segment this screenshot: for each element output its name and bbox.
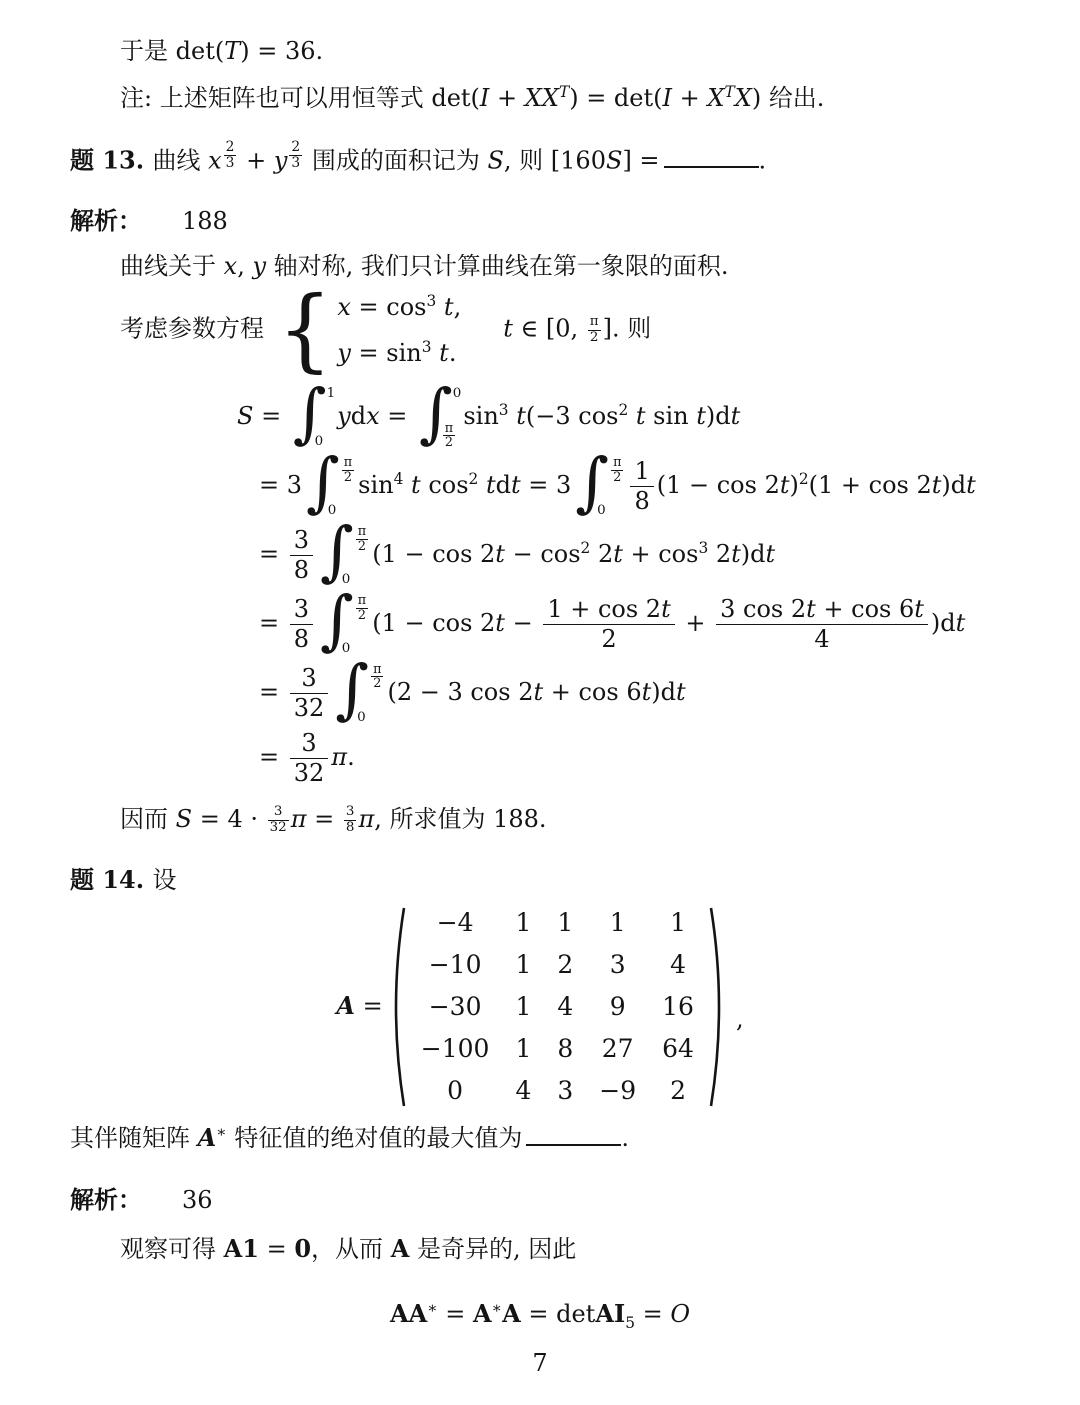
math-var: S [487,146,503,174]
small-fraction: π2 [371,663,383,692]
matrix-cell: 1 [515,950,531,979]
matrix-cell: 64 [662,1034,694,1063]
integral: ∫π20 [306,454,356,519]
math-text: ) [790,471,799,499]
matrix-cell: 1 [557,908,573,937]
q13-equation-4: = 38∫π20(1 − cos 2t − 1 + cos 2t2 + 3 co… [237,592,1080,657]
matrix-cell: 2 [670,1076,686,1105]
math-text: ∗ [216,1123,226,1141]
math-text: d [496,471,511,499]
numerator: π [356,594,368,609]
math-text: 2 [590,330,599,345]
math-text: . [621,1124,629,1152]
numerator: π [342,456,354,471]
cjk-kai-text: 设 [152,866,176,894]
denominator: 2 [543,625,674,654]
math-text: 3 [294,526,309,554]
q13-title: 题 13. 曲线 x23 + y23 围成的面积记为 S, 则 [160S] =… [70,140,1080,178]
math-bold: AI [595,1299,625,1328]
superscript: 3 [499,401,509,419]
math-text: 2 [358,539,366,554]
math-text: π [358,524,366,539]
math-text: 8 [294,625,309,653]
small-fraction: 38 [344,805,357,835]
math-var: t [932,471,942,499]
superscript: ∗ [492,1299,502,1317]
math-bold: A [391,1234,410,1263]
denominator: 2 [611,471,623,485]
cjk-text: 轴对称, 我们只计算曲线在第一象限的面积. [266,252,729,280]
q13-equation-2: = 3∫π20sin4 t cos2 tdt = 3∫π2018(1 − cos… [237,454,1080,519]
math-text: π [590,314,599,329]
math-var: x [366,402,380,430]
math-text: 32 [270,820,287,835]
math-text: , [454,293,462,321]
superscript: 4 [394,470,404,488]
math-var: t [661,595,671,623]
math-var: t [495,609,505,637]
numerator: π [371,663,383,678]
math-text: = [355,992,383,1020]
math-var: π [331,743,347,771]
math-text: 2 [799,470,809,488]
cjk-kai-text: 特征值的绝对值的最大值为 [227,1124,523,1152]
math-text: (1 + cos 2 [809,471,932,499]
document-page: 于是 det(T) = 36. 注: 上述矩阵也可以用恒等式 det(I + X… [0,0,1080,1405]
matrix-cell: 1 [515,908,531,937]
matrix-paren-right-icon [706,904,732,1110]
prev-solution-line-1: 于是 det(T) = 36. [120,34,1080,69]
math-var: y [274,146,288,174]
q13-body-line: 曲线关于 x, y 轴对称, 我们只计算曲线在第一象限的面积. [120,249,1080,284]
matrix-cell: 4 [670,950,686,979]
math-text: 1 [327,386,336,401]
math-var: t [806,595,816,623]
math-text: + cos [623,540,699,568]
math-text: 1 [634,457,649,485]
answer-blank [664,142,759,168]
matrix-cell: −4 [437,908,474,937]
numerator: 3 [290,729,329,759]
cjk-kai-text: 曲线 [152,146,208,174]
q13-analysis: 解析：188 [70,204,1080,239]
math-text: ) = 36. [240,37,323,65]
small-fraction: π2 [611,456,623,485]
numerator: 3 [290,526,313,556]
matrix-cell: 8 [557,1034,573,1063]
math-text: 1 + cos 2 [547,595,661,623]
math-text: 2 [601,625,616,653]
prev-solution-line-2: 注: 上述矩阵也可以用恒等式 det(I + XXT) = det(I + XT… [120,81,1080,116]
math-var: t [495,540,505,568]
math-text: = 3 [521,471,572,499]
q13-analysis-label: 解析： [70,206,142,235]
math-var: x [224,252,238,280]
math-text: d [351,402,366,430]
denominator: 8 [344,821,357,836]
math-text: 3 [294,595,309,623]
small-fraction: 332 [268,805,289,835]
numerator: π [611,456,623,471]
integral: ∫10 [293,385,335,450]
math-text: 2 [373,676,381,691]
math-bold: AA [390,1299,427,1328]
integral-sign: ∫ [306,451,340,516]
q13-analysis-answer: 188 [182,207,228,235]
math-text: 2 [291,139,300,155]
matrix-cell: 1 [515,992,531,1021]
math-text: (1 − cos 2 [372,540,495,568]
math-var: t [439,339,449,367]
matrix-grid: −41111−101234−3014916−100182764043−92 [409,908,706,1105]
q14-body-line: 观察可得 A1 = 0，从而 A 是奇异的, 因此 [120,1232,1080,1267]
math-var: t [511,471,521,499]
q13-equation-6: = 332π. [237,729,1080,788]
math-text: 2 [581,539,591,557]
math-text: = [259,609,287,637]
math-text: 3 [301,729,316,757]
math-text: 2 [344,470,352,485]
math-text: (1 − cos 2 [372,609,495,637]
math-var: y [337,402,351,430]
fraction: 38 [290,526,313,585]
q13-parametric-line: 考虑参数方程 {x = cos3 t,y = sin3 t.t ∈ [0, π2… [120,287,1080,373]
q13-equation-1: S = ∫10ydx = ∫0π2sin3 t(−3 cos2 t sin t)… [237,385,1080,450]
math-text: , [374,805,389,833]
math-text: + cos 6 [816,595,914,623]
math-text: = [438,1300,473,1328]
numerator: π [588,315,601,331]
math-var: t [766,540,776,568]
upper-limit: 1 [327,387,336,402]
matrix-cell: 1 [610,908,626,937]
math-text: π [344,455,352,470]
math-var: T [224,37,240,65]
q13-derivation: S = ∫10ydx = ∫0π2sin3 t(−3 cos2 t sin t)… [237,385,1080,788]
math-text: 2 [590,540,613,568]
math-var: t [966,471,976,499]
math-var: t [444,293,454,321]
math-text: = [259,540,287,568]
denominator: 8 [290,625,313,654]
answer-blank [526,1120,621,1146]
cjk-text: 于是 [120,37,176,65]
math-var: t [533,678,543,706]
matrix-lhs: A = [336,989,382,1024]
math-text [478,471,486,499]
matrix-cell: −10 [429,950,482,979]
fraction: 3 cos 2t + cos 6t4 [716,595,928,654]
upper-limit: π2 [369,663,385,692]
math-text: )d [651,678,676,706]
superscript: 2 [799,470,809,488]
superscript: 23 [222,145,239,163]
math-var: y [337,339,351,367]
integral: ∫π20 [335,661,385,726]
math-var: x [208,146,222,174]
matrix-paren-left-icon [383,904,409,1110]
numerator: 1 + cos 2t [543,595,674,625]
math-text: = [380,402,415,430]
fraction: 332 [290,664,329,723]
math-text: , [237,252,252,280]
math-bold: A1 [224,1234,259,1263]
cjk-kai-text: 其伴随矩阵 [70,1124,198,1152]
math-text: = cos [351,293,427,321]
math-text: 32 [294,759,325,787]
denominator: 8 [630,487,653,516]
math-var: t [642,678,652,706]
math-text: 3 [291,155,300,171]
superscript: 3 [422,338,432,356]
q14-analysis-label: 解析： [70,1185,142,1214]
math-text: 2 [226,139,235,155]
cjk-kai-text: 围成的面积记为 [304,146,487,174]
math-text: 2 [618,401,628,419]
math-text: π [358,593,366,608]
math-text: 5 [625,1314,635,1332]
integral-sign: ∫ [320,589,354,654]
small-fraction: 23 [224,140,237,171]
math-var: I [480,84,489,112]
math-text: 2 [613,470,621,485]
superscript: T [559,83,569,101]
small-fraction: π2 [588,315,601,345]
math-text: , [504,146,519,174]
math-text: ∗ [492,1299,502,1317]
numerator: 2 [224,140,237,156]
math-var: I [663,84,672,112]
subscript: 5 [625,1314,635,1332]
superscript: 3 [426,292,436,310]
math-bold: 0 [294,1234,311,1263]
math-text: det( [176,37,225,65]
math-text: ]. [603,315,628,343]
math-text [436,293,444,321]
math-text: + cos 6 [543,678,641,706]
integral: ∫0π2 [419,385,461,450]
denominator: 2 [356,540,368,554]
upper-limit: π2 [354,594,370,623]
math-text: = [259,743,287,771]
math-text: (1 − cos 2 [657,471,780,499]
math-text: π [613,455,621,470]
cjk-bold-text: 题 14. [70,865,152,894]
matrix-cell: 1 [670,908,686,937]
math-text: = [259,678,287,706]
cases-row: y = sin3 t. [337,339,461,368]
matrix-cell: 4 [557,992,573,1021]
math-text: 8 [346,820,355,835]
math-text: ) = det( [569,84,662,112]
denominator: 32 [290,759,329,788]
superscript: 2 [581,539,591,557]
q14-matrix: A = −41111−101234−3014916−100182764043−9… [0,904,1080,1110]
math-var: π [358,805,374,833]
matrix-cell: 3 [557,1076,573,1105]
math-var: t [516,402,526,430]
q13-equation-5: = 332∫π20(2 − 3 cos 2t + cos 6t)dt [237,661,1080,726]
math-text: )d [941,471,966,499]
math-var: t [503,315,513,343]
math-text: π [373,662,381,677]
cases-row: x = cos3 t, [337,293,461,322]
math-bold: A [473,1299,492,1328]
cjk-text: 所求值为 188. [390,805,547,833]
matrix-cell: 9 [610,992,626,1021]
numerator: 1 [630,457,653,487]
cjk-text: ，从而 [311,1235,391,1263]
math-text: 8 [634,487,649,515]
numerator: 3 [290,595,313,625]
math-var: S [606,146,622,174]
superscript: ∗ [427,1299,437,1317]
math-text: det( [431,84,480,112]
superscript: 23 [287,145,304,163]
math-text: = det [521,1300,596,1328]
integral-sign: ∫ [320,520,354,585]
math-var: t [613,540,623,568]
math-text: 3 [426,292,436,310]
small-fraction: π2 [342,456,354,485]
math-var: T [559,83,569,101]
cases-rows: x = cos3 t,y = sin3 t. [337,293,461,369]
math-text: 3 [698,539,708,557]
upper-limit: 0 [453,387,462,402]
math-text: ) [752,84,769,112]
page-number: 7 [0,1349,1080,1377]
math-text: 4 [394,470,404,488]
math-var: XX [525,84,559,112]
math-text: [160 [543,146,606,174]
matrix-cell: 27 [602,1034,634,1063]
left-brace-icon: { [278,285,333,375]
math-bold-var: A [336,991,355,1020]
math-text: 2 [708,540,731,568]
denominator: 2 [356,609,368,623]
cjk-bold-text: 题 13. [70,145,152,174]
q14-final-equation: AA∗ = A∗A = detAI5 = O [0,1297,1080,1332]
denominator: 4 [716,625,928,654]
math-var: t [956,609,966,637]
q14-title: 题 14. 设 [70,863,1080,898]
math-var: t [486,471,496,499]
math-text: = sin [351,339,422,367]
small-fraction: 23 [289,140,302,171]
math-var: π [291,805,307,833]
cjk-text: 因而 [120,805,176,833]
numerator: 3 [344,805,357,821]
q14-analysis-answer: 36 [182,1186,213,1214]
math-text: + [672,84,707,112]
denominator: 2 [371,677,383,691]
math-text [628,402,636,430]
q13-equation-3: = 38∫π20(1 − cos 2t − cos2 2t + cos3 2t)… [237,523,1080,588]
math-text: sin [463,402,498,430]
cjk-text: 考虑参数方程 [120,315,272,343]
fraction: 38 [290,595,313,654]
math-text: )d [931,609,956,637]
math-var: t [411,471,421,499]
math-var: x [337,293,351,321]
math-text: + [238,146,273,174]
cjk-text: 则 [627,315,651,343]
math-bold: A [502,1299,521,1328]
math-text: 3 [499,401,509,419]
math-text [403,471,411,499]
integral: ∫π20 [320,592,370,657]
integral-sign: ∫ [293,382,327,447]
math-text: 3 [274,804,283,819]
integral-sign: ∫ [419,382,453,447]
superscript: ∗ [216,1123,226,1141]
numerator: 3 cos 2t + cos 6t [716,595,928,625]
cjk-text: 是奇异的, 因此 [409,1235,576,1263]
denominator: 3 [224,156,237,171]
matrix-cell: 0 [447,1076,463,1105]
math-text: 3 [301,664,316,692]
math-var: t [914,595,924,623]
cases-group: {x = cos3 t,y = sin3 t. [278,287,462,373]
math-text: 2 [469,470,479,488]
q13-conclusion: 因而 S = 4 · 332π = 38π, 所求值为 188. [120,802,1080,837]
math-var: t [731,402,741,430]
math-text: 8 [294,556,309,584]
math-text: 3 [226,155,235,171]
math-text: + [489,84,524,112]
denominator: 2 [342,471,354,485]
math-text: 2 [358,608,366,623]
denominator: 8 [290,556,313,585]
integral: ∫π20 [320,523,370,588]
math-text: = [253,402,288,430]
math-text: + [678,609,713,637]
math-text: sin [358,471,393,499]
math-text: − cos [505,540,581,568]
matrix-cell: −100 [421,1034,490,1063]
integral-sign: ∫ [335,658,369,723]
matrix-cell: 4 [515,1076,531,1105]
denominator: 32 [290,694,329,723]
math-bold-var: A [198,1123,217,1152]
denominator: 2 [588,331,601,346]
math-text: 3 [346,804,355,819]
math-text: . [449,339,457,367]
numerator: 3 [268,805,289,821]
math-text: sin [646,402,697,430]
math-var: t [636,402,646,430]
cjk-text: 给出. [769,84,825,112]
math-text: 32 [294,694,325,722]
integral-sign: ∫ [575,451,609,516]
math-text: 0 [453,386,462,401]
math-var: X [735,84,752,112]
matrix-cell: 1 [515,1034,531,1063]
math-text: )d [741,540,766,568]
math-var: t [696,402,706,430]
upper-limit: π2 [340,456,356,485]
matrix-cell: −9 [599,1076,636,1105]
math-text: = [307,805,342,833]
superscript: 3 [698,539,708,557]
superscript: 2 [469,470,479,488]
denominator: 3 [289,156,302,171]
cjk-text: 观察可得 [120,1235,224,1263]
denominator: 32 [268,821,289,836]
numerator: π [356,525,368,540]
fraction: 18 [630,457,653,516]
small-fraction: π2 [356,594,368,623]
